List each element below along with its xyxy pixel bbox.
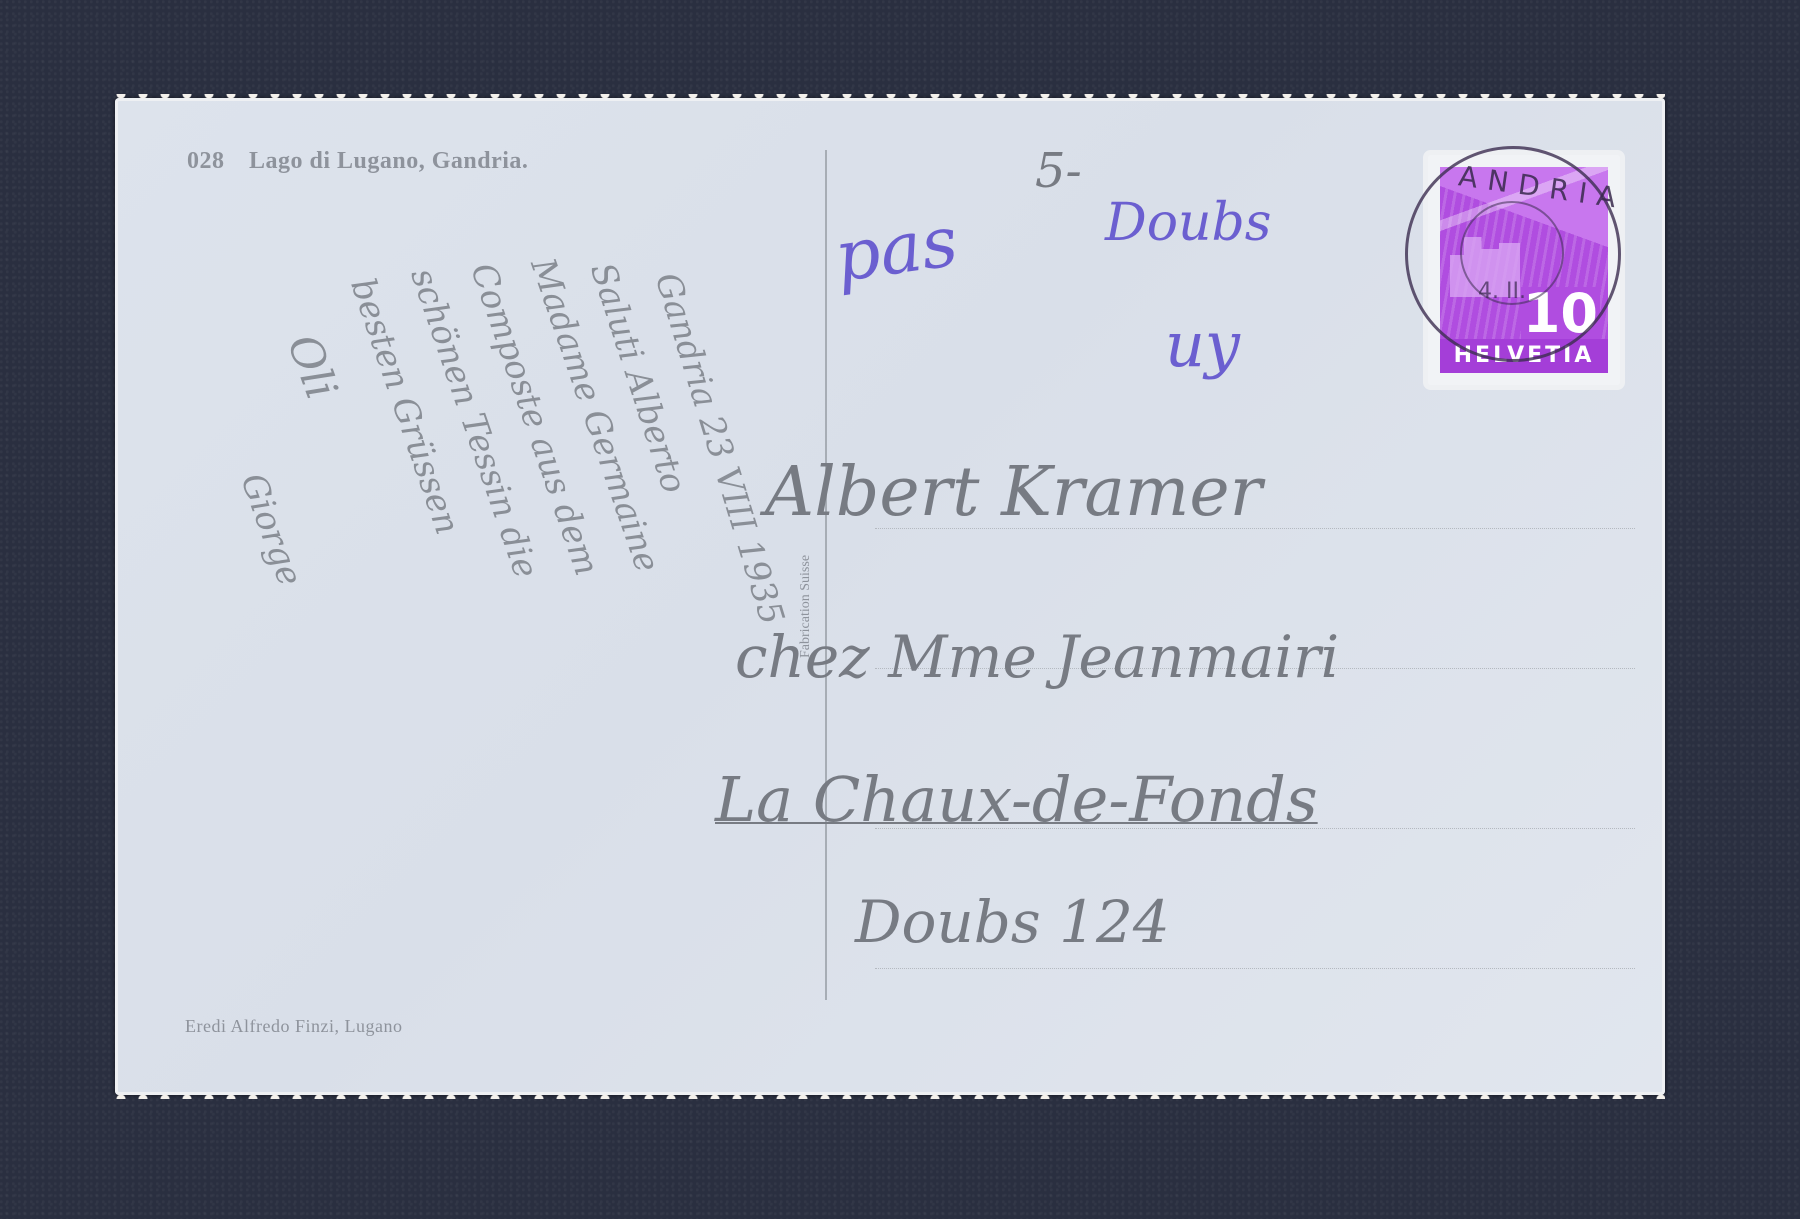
- publisher-imprint: Eredi Alfredo Finzi, Lugano: [185, 1016, 402, 1037]
- address-care-of: chez Mme Jeanmairi: [735, 623, 1339, 691]
- ink-note-code: uy: [1165, 308, 1240, 381]
- ink-note-pas: pas: [830, 200, 963, 298]
- printed-caption: 028 Lago di Lugano, Gandria.: [187, 148, 528, 175]
- ink-note-doubs: Doubs: [1105, 193, 1271, 253]
- address-guideline-4: [875, 968, 1635, 970]
- deckled-edge-top: [115, 94, 1665, 102]
- address-street: Doubs 124: [855, 888, 1170, 956]
- message-line: Giorge: [232, 468, 309, 591]
- address-city: La Chaux-de-Fonds: [715, 763, 1318, 836]
- postmark-date: 4. II.: [1478, 279, 1526, 304]
- address-recipient: Albert Kramer: [765, 453, 1262, 532]
- caption-number: 028: [187, 148, 225, 174]
- center-divider: [825, 150, 827, 1000]
- caption-title: Lago di Lugano, Gandria.: [249, 148, 528, 174]
- postmark-cancellation: ANDRIA 4. II.: [1405, 146, 1621, 362]
- message-line: Oli: [277, 328, 347, 406]
- handwritten-message: Gandria 23 VIII 1935 Saluti Alberto Mada…: [175, 268, 735, 988]
- postcard: 028 Lago di Lugano, Gandria. Eredi Alfre…: [115, 98, 1665, 1095]
- price-annotation: 5-: [1035, 143, 1082, 199]
- deckled-edge-bottom: [115, 1091, 1665, 1099]
